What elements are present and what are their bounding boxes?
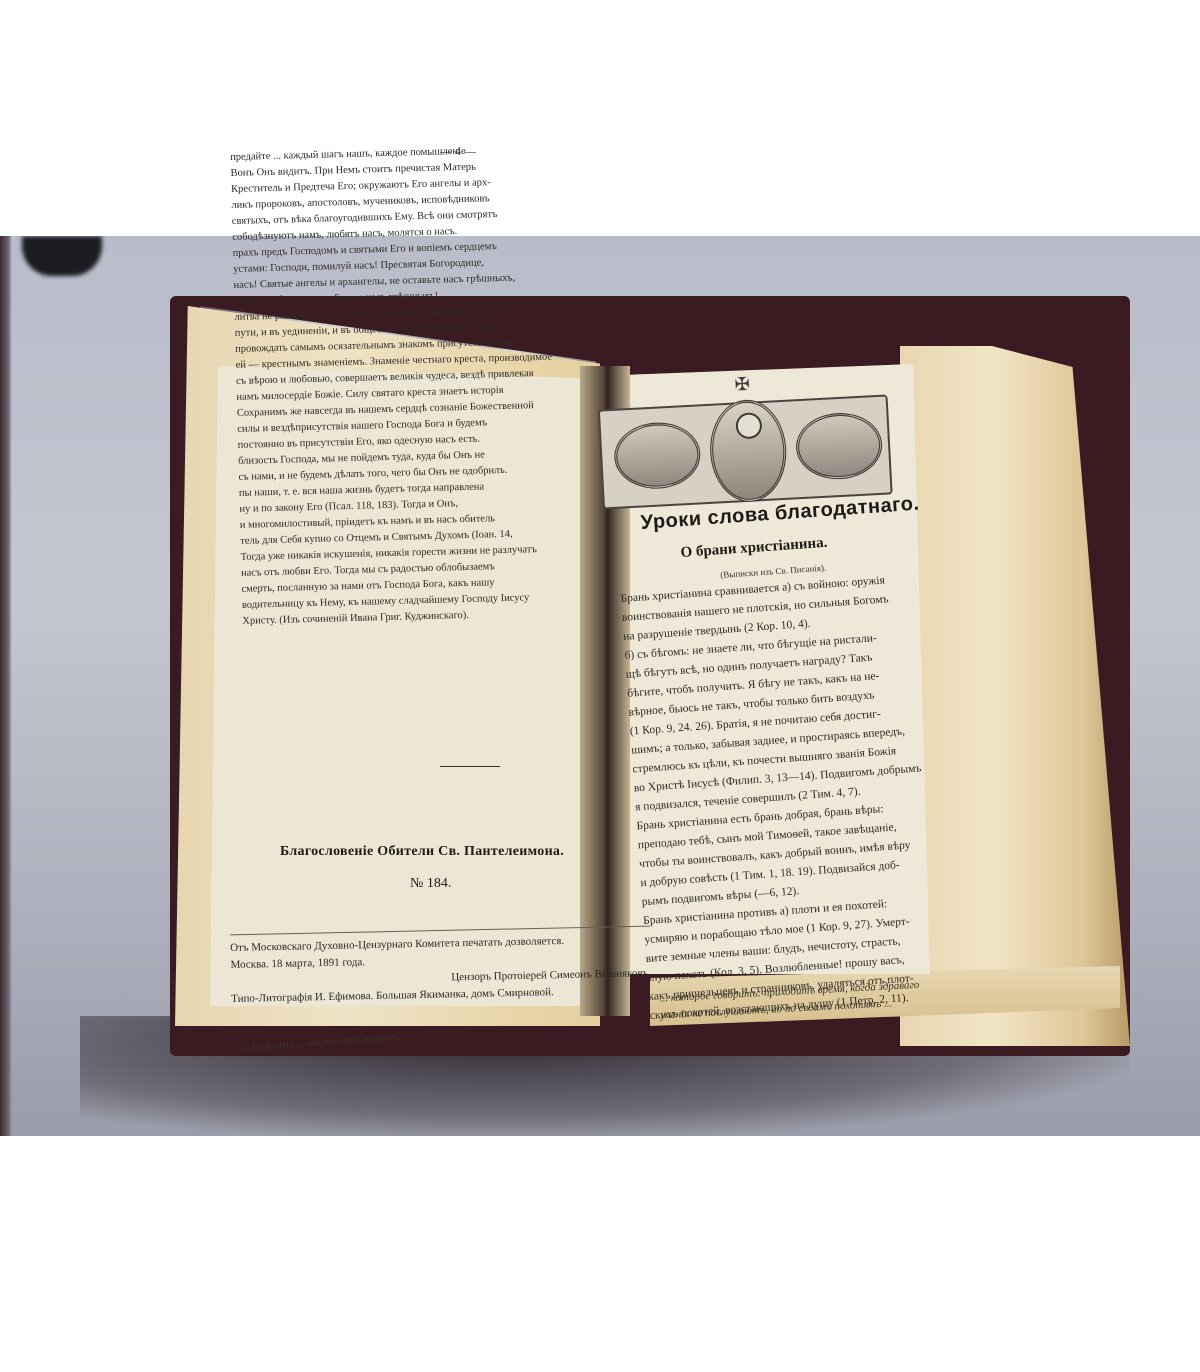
blessing-title: Благословеніе Обители Св. Пантелеимона.: [280, 844, 564, 860]
issue-number: № 184.: [410, 876, 451, 892]
cross-icon: ✠: [734, 374, 750, 396]
left-page-body: предайте ... каждый шагъ нашъ, каждое по…: [230, 141, 602, 630]
dark-object-top-left: [22, 236, 102, 276]
header-vignette: ✠: [597, 384, 892, 509]
censor-imprint: Отъ Московскаго Духовно-Цензурнаго Комит…: [230, 931, 651, 1008]
halo-icon: [735, 412, 762, 439]
right-page-body: Брань христіанина сравнивается а) съ вой…: [620, 559, 1089, 1026]
left-edge-object: [0, 236, 12, 1136]
section-divider: [440, 766, 500, 767]
